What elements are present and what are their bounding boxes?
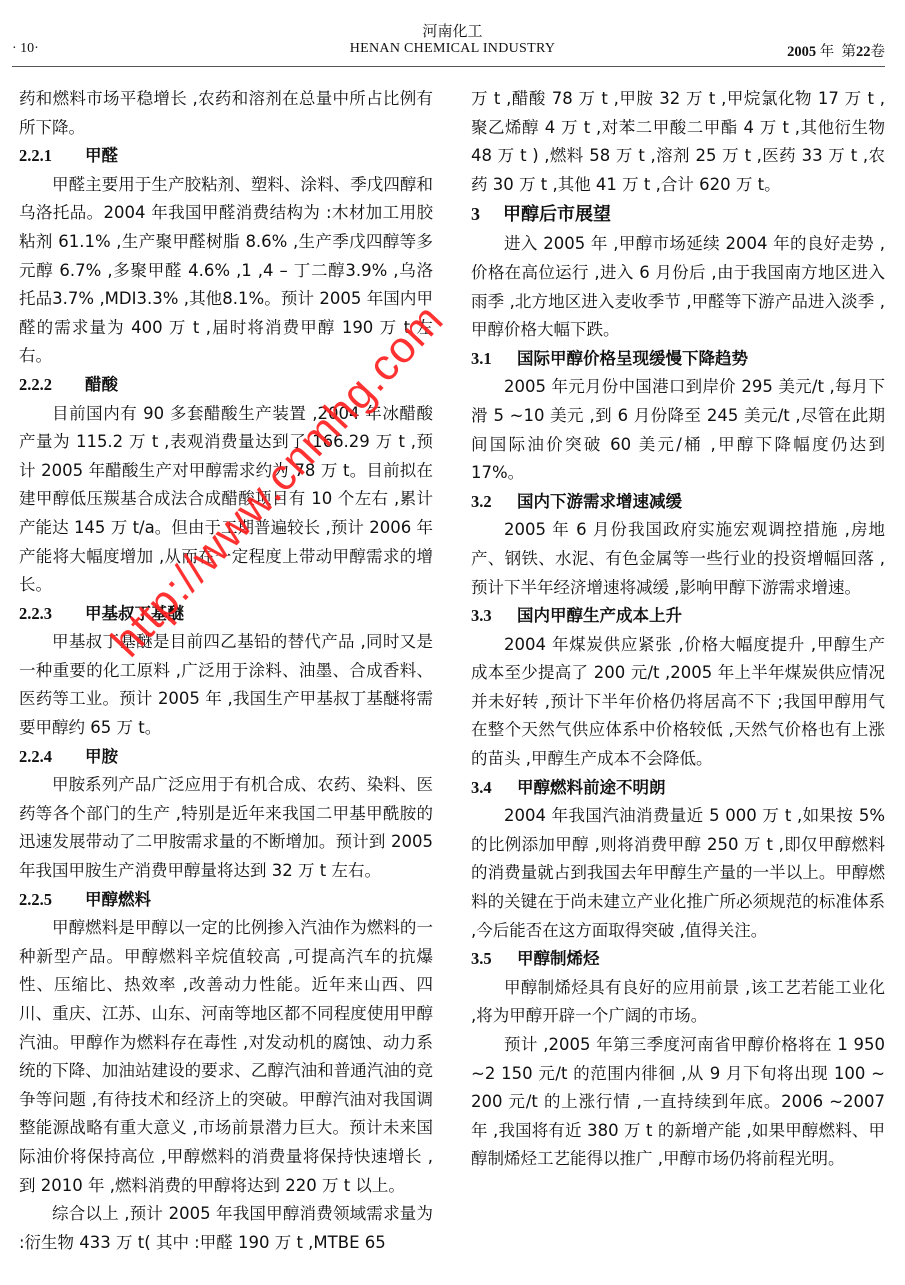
paragraph-formaldehyde: 甲醛主要用于生产胶粘剂、塑料、涂料、季戊四醇和乌洛托品。2004 年我国甲醛消费…: [19, 171, 433, 371]
section-number: 2.2.5: [19, 886, 85, 915]
volume-prefix: 第: [842, 44, 857, 60]
section-heading-2-2-5: 2.2.5甲醇燃料: [19, 886, 433, 915]
paragraph-outlook: 进入 2005 年 ,甲醇市场延续 2004 年的良好走势 ,价格在高位运行 ,…: [471, 230, 885, 344]
paragraph-downstream-demand: 2005 年 6 月份我国政府实施宏观调控措施 ,房地产、钢铁、水泥、有色金属等…: [471, 516, 885, 602]
header-rule: [12, 66, 885, 67]
section-title: 甲醇燃料: [85, 890, 151, 909]
right-column: 万 t ,醋酸 78 万 t ,甲胺 32 万 t ,甲烷氯化物 17 万 t …: [471, 85, 885, 1285]
journal-title-en: HENAN CHEMICAL INDUSTRY: [0, 41, 905, 57]
volume-number: 22: [856, 44, 871, 60]
year-unit: 年: [820, 44, 835, 60]
paragraph-demand-totals: 万 t ,醋酸 78 万 t ,甲胺 32 万 t ,甲烷氯化物 17 万 t …: [471, 85, 885, 199]
section-heading-3-2: 3.2国内下游需求增速减缓: [471, 488, 885, 517]
section-heading-3-3: 3.3国内甲醇生产成本上升: [471, 602, 885, 631]
section-title: 醋酸: [85, 375, 118, 394]
section-title: 甲基叔丁基醚: [85, 604, 184, 623]
section-number: 3.4: [471, 774, 517, 803]
section-title: 甲醛: [85, 146, 118, 165]
section-title: 国际甲醇价格呈现缓慢下降趋势: [517, 349, 748, 368]
section-heading-3: 3甲醇后市展望: [471, 199, 885, 230]
paragraph-international-price: 2005 年元月份中国港口到岸价 295 美元/t ,每月下滑 5 ~10 美元…: [471, 373, 885, 487]
paragraph-acetic-acid: 目前国内有 90 多套醋酸生产装置 ,2004 年冰醋酸产量为 115.2 万 …: [19, 400, 433, 600]
section-title: 甲胺: [85, 747, 118, 766]
section-heading-3-5: 3.5甲醇制烯烃: [471, 945, 885, 974]
section-heading-3-1: 3.1国际甲醇价格呈现缓慢下降趋势: [471, 345, 885, 374]
paragraph-continued: 药和燃料市场平稳增长 ,农药和溶剂在总量中所占比例有所下降。: [19, 85, 433, 142]
section-number: 2.2.1: [19, 142, 85, 171]
section-number: 2.2.2: [19, 371, 85, 400]
section-number: 2.2.4: [19, 743, 85, 772]
section-number: 3.3: [471, 602, 517, 631]
left-column: 药和燃料市场平稳增长 ,农药和溶剂在总量中所占比例有所下降。 2.2.1甲醛 甲…: [19, 85, 433, 1285]
paragraph-price-forecast: 预计 ,2005 年第三季度河南省甲醇价格将在 1 950 ~2 150 元/t…: [471, 1031, 885, 1174]
section-number: 3.1: [471, 345, 517, 374]
paragraph-methanol-fuel: 甲醇燃料是甲醇以一定的比例掺入汽油作为燃料的一种新型产品。甲醇燃料辛烷值较高 ,…: [19, 914, 433, 1200]
section-heading-3-4: 3.4甲醇燃料前途不明朗: [471, 774, 885, 803]
section-heading-2-2-3: 2.2.3甲基叔丁基醚: [19, 600, 433, 629]
volume-unit: 卷: [871, 44, 886, 60]
paragraph-fuel-outlook: 2004 年我国汽油消费量近 5 000 万 t ,如果按 5% 的比例添加甲醇…: [471, 802, 885, 945]
section-title: 国内下游需求增速减缓: [517, 492, 682, 511]
journal-title-cn: 河南化工: [0, 20, 905, 41]
paragraph-mtbe: 甲基叔丁基醚是目前四乙基铅的替代产品 ,同时又是一种重要的化工原料 ,广泛用于涂…: [19, 628, 433, 742]
section-heading-2-2-2: 2.2.2醋酸: [19, 371, 433, 400]
section-number: 3.2: [471, 488, 517, 517]
section-title: 甲醇燃料前途不明朗: [517, 778, 666, 797]
page-header: 河南化工 · 10· HENAN CHEMICAL INDUSTRY 2005 …: [0, 0, 905, 70]
section-number: 3: [471, 199, 503, 229]
section-number: 3.5: [471, 945, 517, 974]
paragraph-mto: 甲醇制烯烃具有良好的应用前景 ,该工艺若能工业化 ,将为甲醇开辟一个广阔的市场。: [471, 974, 885, 1031]
section-number: 2.2.3: [19, 600, 85, 629]
section-title: 甲醇后市展望: [503, 204, 611, 225]
year: 2005: [787, 44, 816, 60]
section-title: 国内甲醇生产成本上升: [517, 606, 682, 625]
section-title: 甲醇制烯烃: [517, 949, 600, 968]
paragraph-methylamine: 甲胺系列产品广泛应用于有机合成、农药、染料、医药等各个部门的生产 ,特别是近年来…: [19, 771, 433, 885]
section-heading-2-2-4: 2.2.4甲胺: [19, 743, 433, 772]
volume-info: 2005 年 第22卷: [787, 40, 885, 61]
paragraph-production-cost: 2004 年煤炭供应紧张 ,价格大幅度提升 ,甲醇生产成本至少提高了 200 元…: [471, 631, 885, 774]
paragraph-summary: 综合以上 ,预计 2005 年我国甲醇消费领域需求量为 :衍生物 433 万 t…: [19, 1200, 433, 1257]
section-heading-2-2-1: 2.2.1甲醛: [19, 142, 433, 171]
